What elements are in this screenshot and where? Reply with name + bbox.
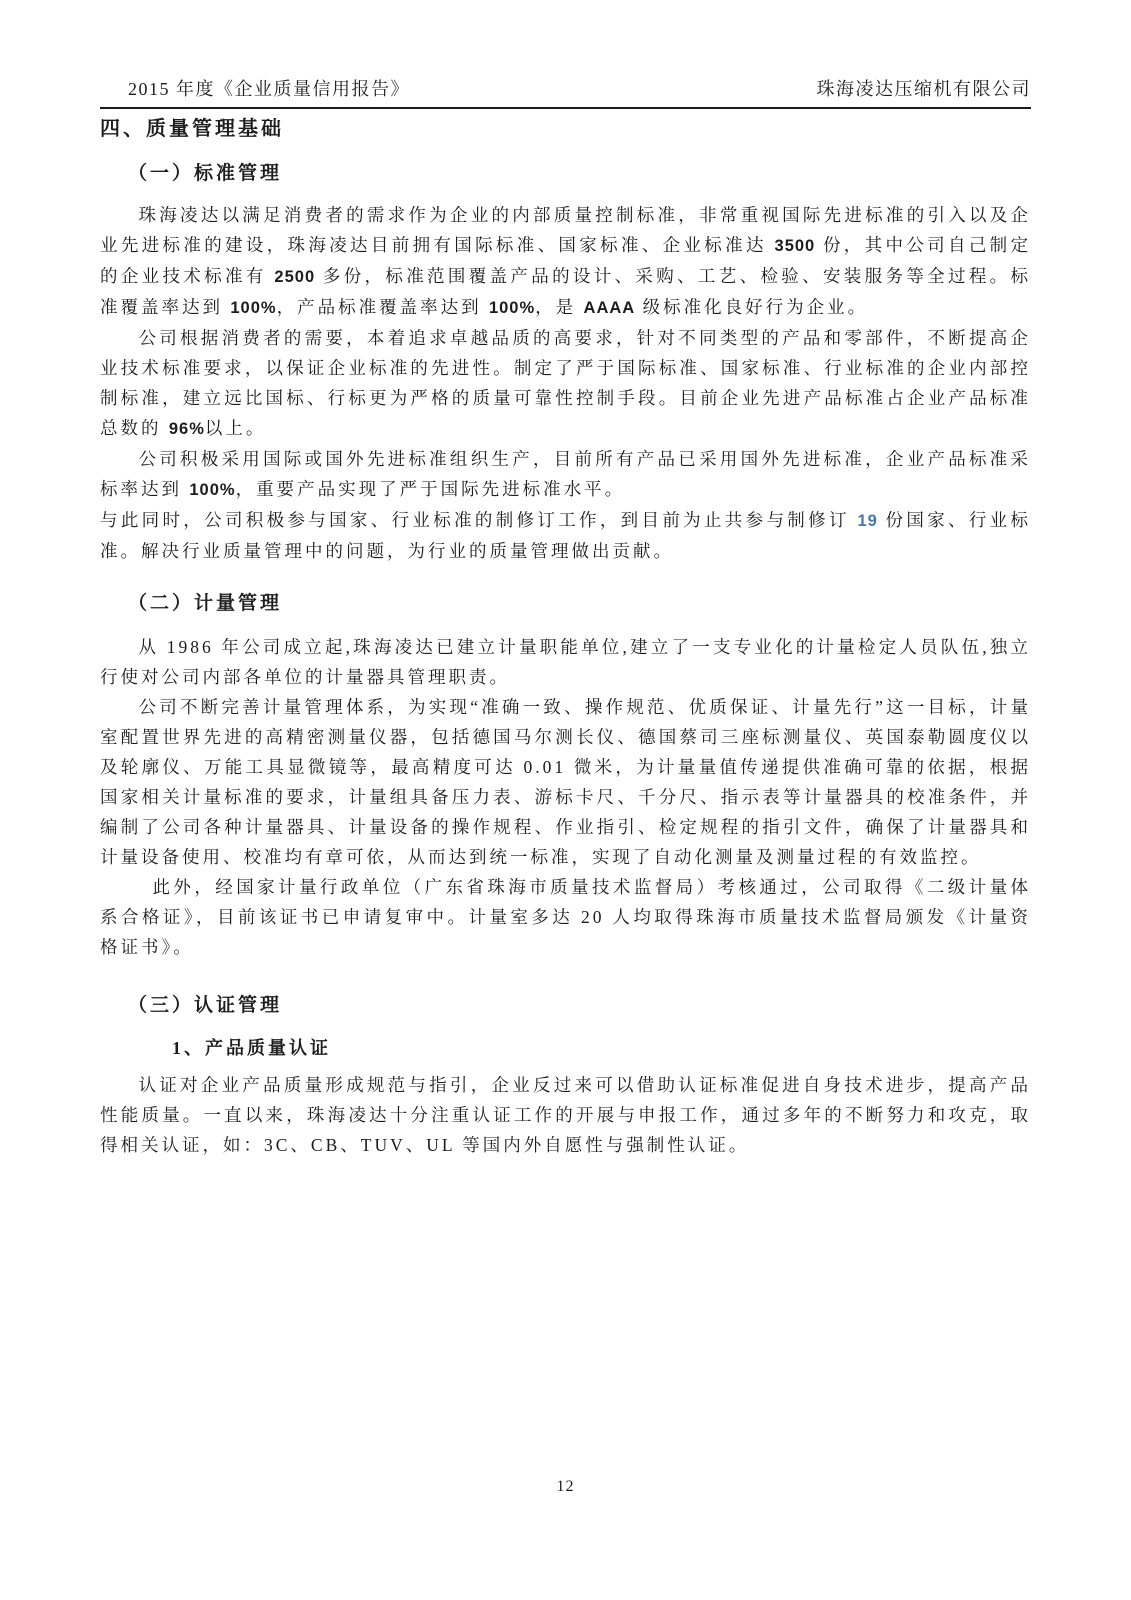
header-company-name: 珠海凌达压缩机有限公司: [817, 78, 1032, 100]
stat-coverage-rate: 100%: [230, 299, 276, 317]
header-report-title: 2015 年度《企业质量信用报告》: [128, 78, 410, 100]
stat-revised-standards-count: 19: [857, 512, 877, 530]
stat-advanced-standard-pct: 96%: [169, 420, 205, 438]
stat-adoption-rate: 100%: [189, 481, 235, 499]
text-segment: ，产品标准覆盖率达到: [277, 297, 489, 317]
paragraph-standards-4: 与此同时，公司积极参与国家、行业标准的制修订工作，到目前为止共参与制修订 19 …: [100, 505, 1031, 566]
paragraph-standards-1: 珠海凌达以满足消费者的需求作为企业的内部质量控制标准，非常重视国际先进标准的引入…: [100, 200, 1031, 323]
chapter-title: 四、质量管理基础: [100, 116, 1031, 142]
subsection-heading-product-certification: 1、产品质量认证: [100, 1036, 1031, 1060]
text-segment: ，是: [535, 297, 583, 317]
paragraph-certification-1: 认证对企业产品质量形成规范与指引，企业反过来可以借助认证标准促进自身技术进步，提…: [100, 1070, 1031, 1160]
stat-standards-total: 3500: [775, 237, 816, 255]
paragraph-metrology-1: 从 1986 年公司成立起,珠海凌达已建立计量职能单位,建立了一支专业化的计量检…: [100, 632, 1031, 692]
section-heading-certification-management: （三）认证管理: [128, 994, 1031, 1018]
paragraph-metrology-2: 公司不断完善计量管理体系，为实现“准确一致、操作规范、优质保证、计量先行”这一目…: [100, 692, 1031, 872]
paragraph-standards-3: 公司积极采用国际或国外先进标准组织生产，目前所有产品已采用国外先进标准，企业产品…: [100, 444, 1031, 505]
document-page: 2015 年度《企业质量信用报告》 珠海凌达压缩机有限公司 四、质量管理基础 （…: [0, 0, 1131, 1600]
header-rule: [100, 107, 1031, 109]
paragraph-metrology-3: 此外，经国家计量行政单位（广东省珠海市质量技术监督局）考核通过，公司取得《二级计…: [100, 872, 1031, 962]
page-header: 2015 年度《企业质量信用报告》 珠海凌达压缩机有限公司: [100, 78, 1031, 100]
section-heading-metrology-management: （二）计量管理: [128, 592, 1031, 616]
stat-tech-standards: 2500: [274, 268, 315, 286]
text-segment: 以上。: [205, 418, 267, 438]
text-segment: ，重要产品实现了严于国际先进标准水平。: [236, 479, 626, 499]
text-segment: 级标准化良好行为企业。: [635, 297, 868, 317]
stat-aaaa-grade: AAAA: [584, 299, 636, 317]
section-heading-standard-management: （一）标准管理: [128, 162, 1031, 186]
text-segment: 与此同时，公司积极参与国家、行业标准的制修订工作，到目前为止共参与制修订: [100, 510, 857, 530]
paragraph-standards-2: 公司根据消费者的需要，本着追求卓越品质的高要求，针对不同类型的产品和零部件，不断…: [100, 323, 1031, 444]
page-number: 12: [0, 1478, 1131, 1496]
stat-product-coverage-rate: 100%: [489, 299, 535, 317]
